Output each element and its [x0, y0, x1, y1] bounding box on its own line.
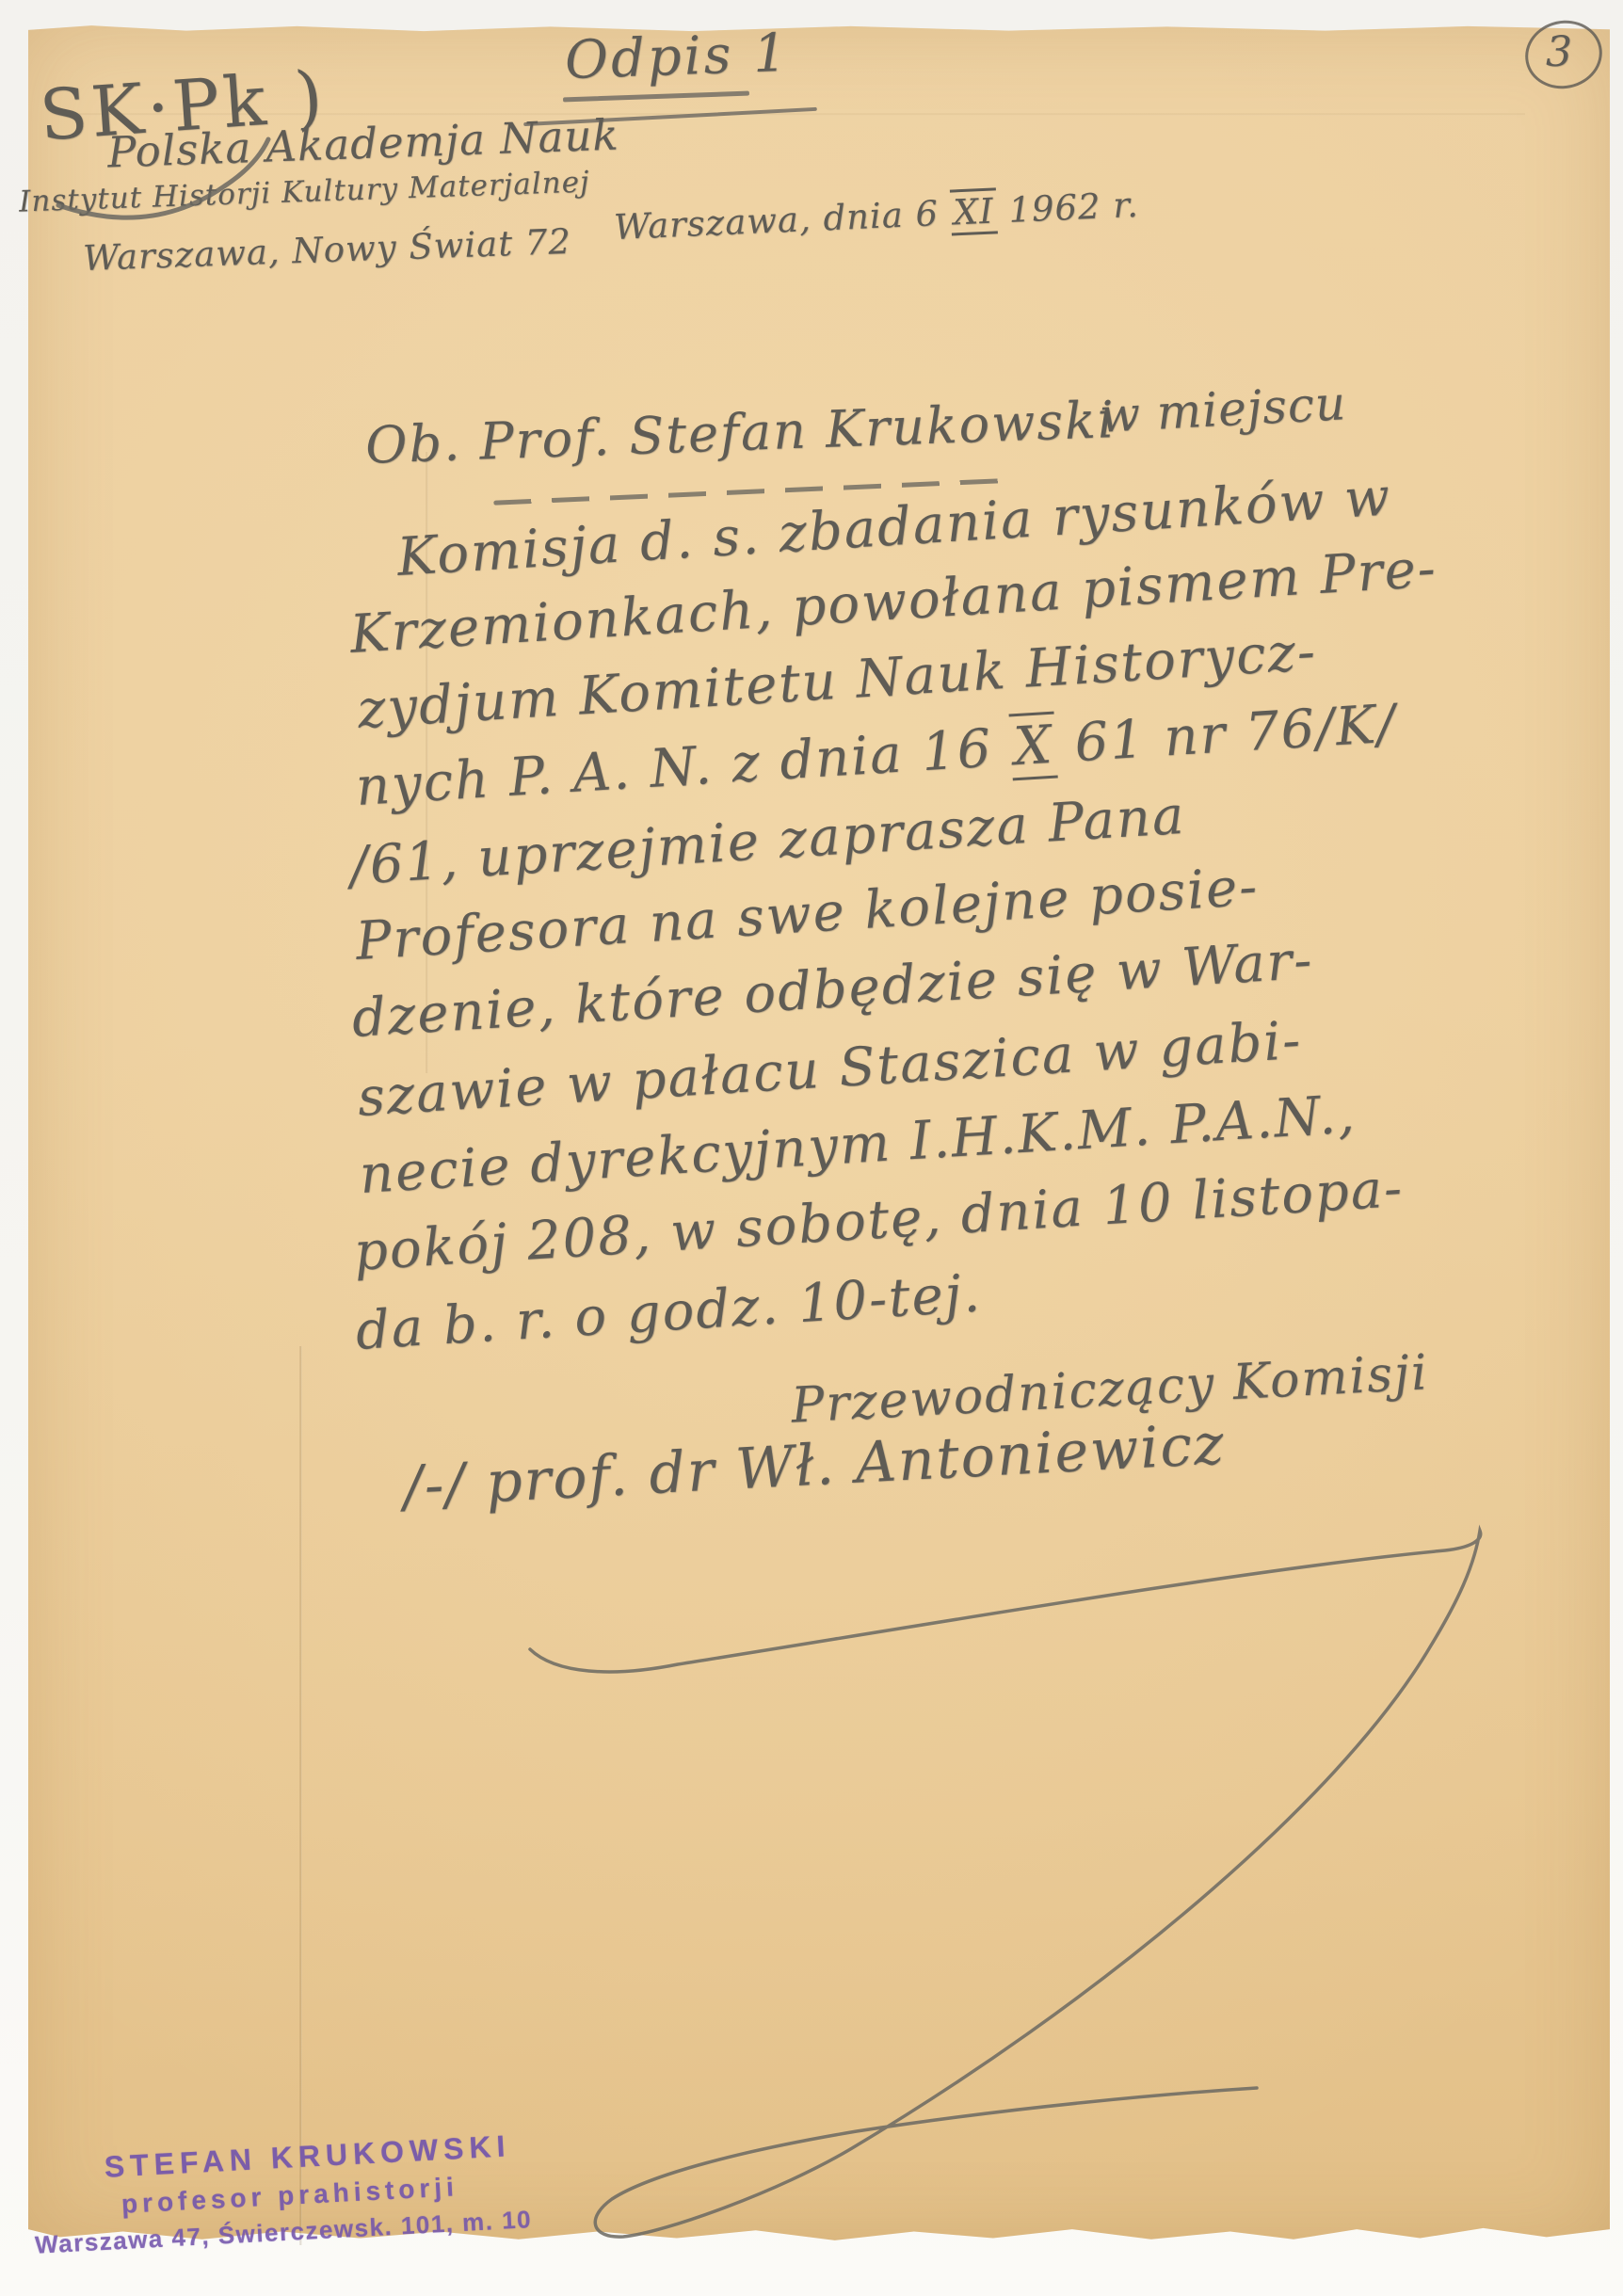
stamp-line-3: Warszawa 47, Świerczewsk. 101, m. 10 — [34, 2205, 532, 2260]
copy-label: Odpis 1 — [564, 23, 791, 91]
dateline-post: 1962 r. — [996, 185, 1140, 232]
body-line-4-roman-month: X — [1009, 712, 1058, 781]
dateline-roman-month: XI — [950, 187, 998, 235]
scanned-letter-page: { "page": { "archive_mark": "SK·Pk )", "… — [0, 0, 1623, 2296]
page-number: 3 — [1546, 28, 1573, 76]
